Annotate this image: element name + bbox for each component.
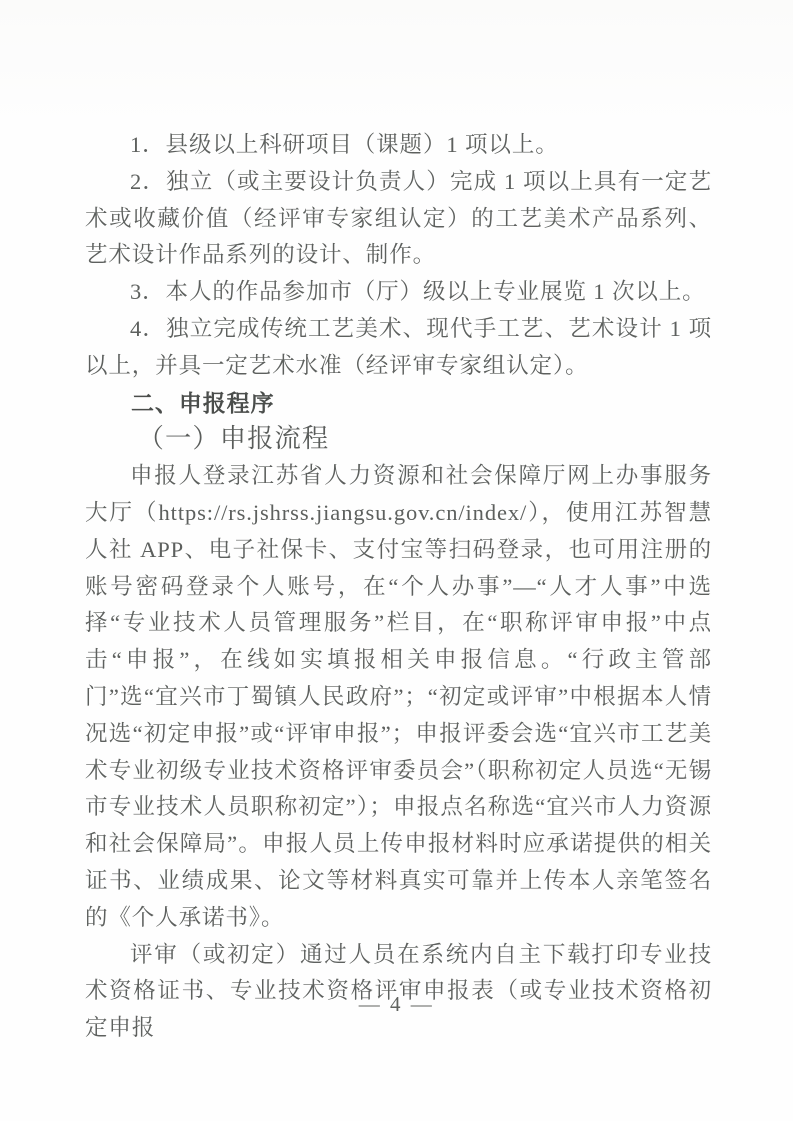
document-page: 1．县级以上科研项目（课题）1 项以上。 2．独立（或主要设计负责人）完成 1 … [0, 0, 793, 1121]
list-item-2: 2．独立（或主要设计负责人）完成 1 项以上具有一定艺术或收藏价值（经评审专家组… [85, 164, 712, 274]
page-footer: — 4 — [0, 992, 793, 1017]
subsection-heading-application-flow: （一）申报流程 [85, 421, 712, 458]
page-number: — 4 — [359, 992, 435, 1016]
list-item-4: 4．独立完成传统工艺美术、现代手工艺、艺术设计 1 项以上，并具一定艺术水准（经… [85, 311, 712, 385]
section-heading-application-procedure: 二、申报程序 [85, 385, 712, 422]
document-body: 1．县级以上科研项目（课题）1 项以上。 2．独立（或主要设计负责人）完成 1 … [85, 127, 712, 1047]
list-item-3: 3．本人的作品参加市（厅）级以上专业展览 1 次以上。 [85, 274, 712, 311]
paragraph-application-flow: 申报人登录江苏省人力资源和社会保障厅网上办事服务大厅（https://rs.js… [85, 458, 712, 936]
list-item-1: 1．县级以上科研项目（课题）1 项以上。 [85, 127, 712, 164]
